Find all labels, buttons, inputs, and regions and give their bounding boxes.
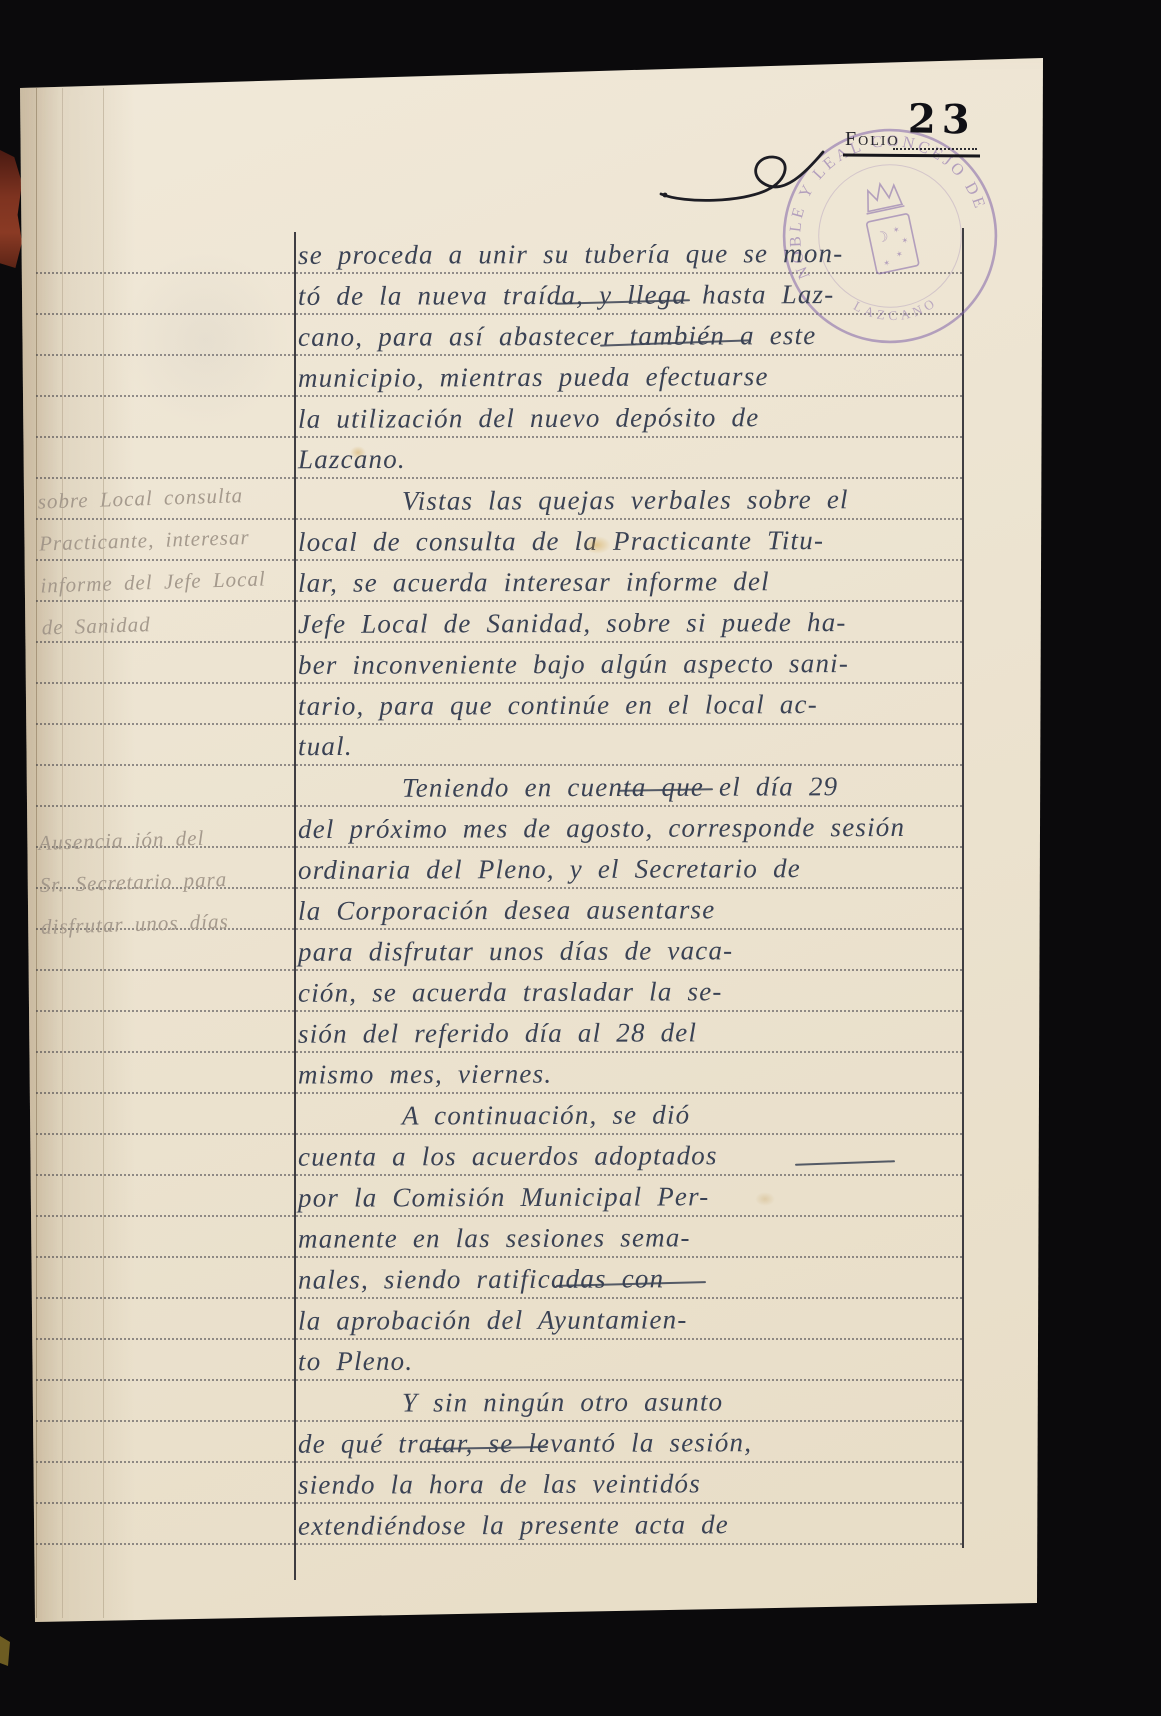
manuscript-line: ber inconveniente bajo algún aspecto san… (298, 648, 849, 690)
ink-correction-stroke (795, 1160, 895, 1165)
paper-stain (755, 1192, 775, 1206)
margin-note-line: sobre Local consulta (37, 483, 264, 532)
manuscript-line: manente en las sesiones sema- (298, 1222, 691, 1263)
manuscript-line: Y sin ningún otro asunto (402, 1386, 723, 1427)
manuscript-line: extendiéndose la presente acta de (298, 1509, 729, 1551)
manuscript-line: A continuación, se dió (402, 1099, 691, 1140)
paper-page: NOBLE Y LEAL CONCEJO DE LAZCANO ☽ ✶ ✶ ✶ … (0, 0, 1161, 1716)
manuscript-line: local de consulta de la Practicante Titu… (298, 525, 824, 567)
manuscript-line: municipio, mientras pueda efectuarse (298, 361, 769, 403)
manuscript-line: la aprobación del Ayuntamien- (298, 1304, 688, 1345)
book-cover-corner (0, 1636, 10, 1666)
right-margin-rule (962, 228, 964, 1548)
margin-note-line: de Sanidad (41, 608, 268, 657)
ruling-line (36, 477, 962, 479)
ruling-line (36, 764, 962, 766)
manuscript-line: lar, se acuerda interesar informe del (298, 566, 770, 608)
margin-note-line: Practicante, interesar (39, 524, 266, 573)
margin-note-consulta: sobre Local consultaPracticante, interes… (37, 483, 268, 658)
book-spine-edge (0, 150, 22, 268)
manuscript-line: Teniendo en cuenta que el día 29 (402, 771, 838, 813)
folio-label: Folio (845, 128, 900, 151)
manuscript-line: para disfrutar unos días de vaca- (298, 935, 733, 977)
margin-note-line: Sr. Secretario para (39, 867, 228, 915)
manuscript-line: to Pleno. (298, 1346, 413, 1386)
margin-note-line: Ausencia ión del (38, 825, 227, 873)
svg-text:✶: ✶ (901, 236, 910, 246)
manuscript-line: se proceda a unir su tubería que se mon- (298, 238, 844, 280)
margin-note-line: informe del Jefe Local (40, 566, 267, 615)
manuscript-line: la Corporación desea ausentarse (298, 894, 716, 935)
svg-text:✶: ✶ (883, 258, 892, 268)
left-margin-rule (294, 232, 296, 1580)
manuscript-line: Lazcano. (298, 444, 406, 484)
svg-text:☽: ☽ (874, 229, 890, 247)
manuscript-line: la utilización del nuevo depósito de (298, 402, 760, 444)
signature-flourish (655, 142, 825, 212)
scanned-document: NOBLE Y LEAL CONCEJO DE LAZCANO ☽ ✶ ✶ ✶ … (0, 0, 1161, 1716)
manuscript-line: mismo mes, viernes. (298, 1059, 552, 1100)
manuscript-line: tario, para que continúe en el local ac- (298, 689, 818, 731)
manuscript-line: sión del referido día al 28 del (298, 1017, 697, 1058)
ruling-line (36, 1379, 962, 1381)
manuscript-line: Vistas las quejas verbales sobre el (402, 484, 849, 526)
manuscript-line: cuenta a los acuerdos adoptados (298, 1140, 718, 1181)
manuscript-line: Jefe Local de Sanidad, sobre si puede ha… (298, 607, 847, 649)
manuscript-line: ordinaria del Pleno, y el Secretario de (298, 853, 801, 895)
manuscript-line: tual. (298, 731, 353, 771)
stamp-shield-icon (866, 213, 919, 274)
svg-text:✶: ✶ (892, 225, 901, 235)
manuscript-line: por la Comisión Municipal Per- (298, 1181, 710, 1222)
manuscript-line: del próximo mes de agosto, corresponde s… (298, 812, 905, 854)
margin-note-ausencia: Ausencia ión delSr. Secretario paradisfr… (38, 825, 230, 957)
manuscript-line: siendo la hora de las veintidós (298, 1468, 701, 1509)
ink-bleedthrough (120, 250, 290, 430)
page-edge-line (36, 88, 37, 1618)
manuscript-line: tó de la nueva traída, y llega hasta Laz… (298, 279, 835, 321)
folio-number: 23 (908, 95, 976, 143)
svg-text:✶: ✶ (895, 249, 904, 259)
margin-note-line: disfrutar unos días (41, 909, 230, 957)
manuscript-line: ción, se acuerda trasladar la se- (298, 976, 723, 1017)
